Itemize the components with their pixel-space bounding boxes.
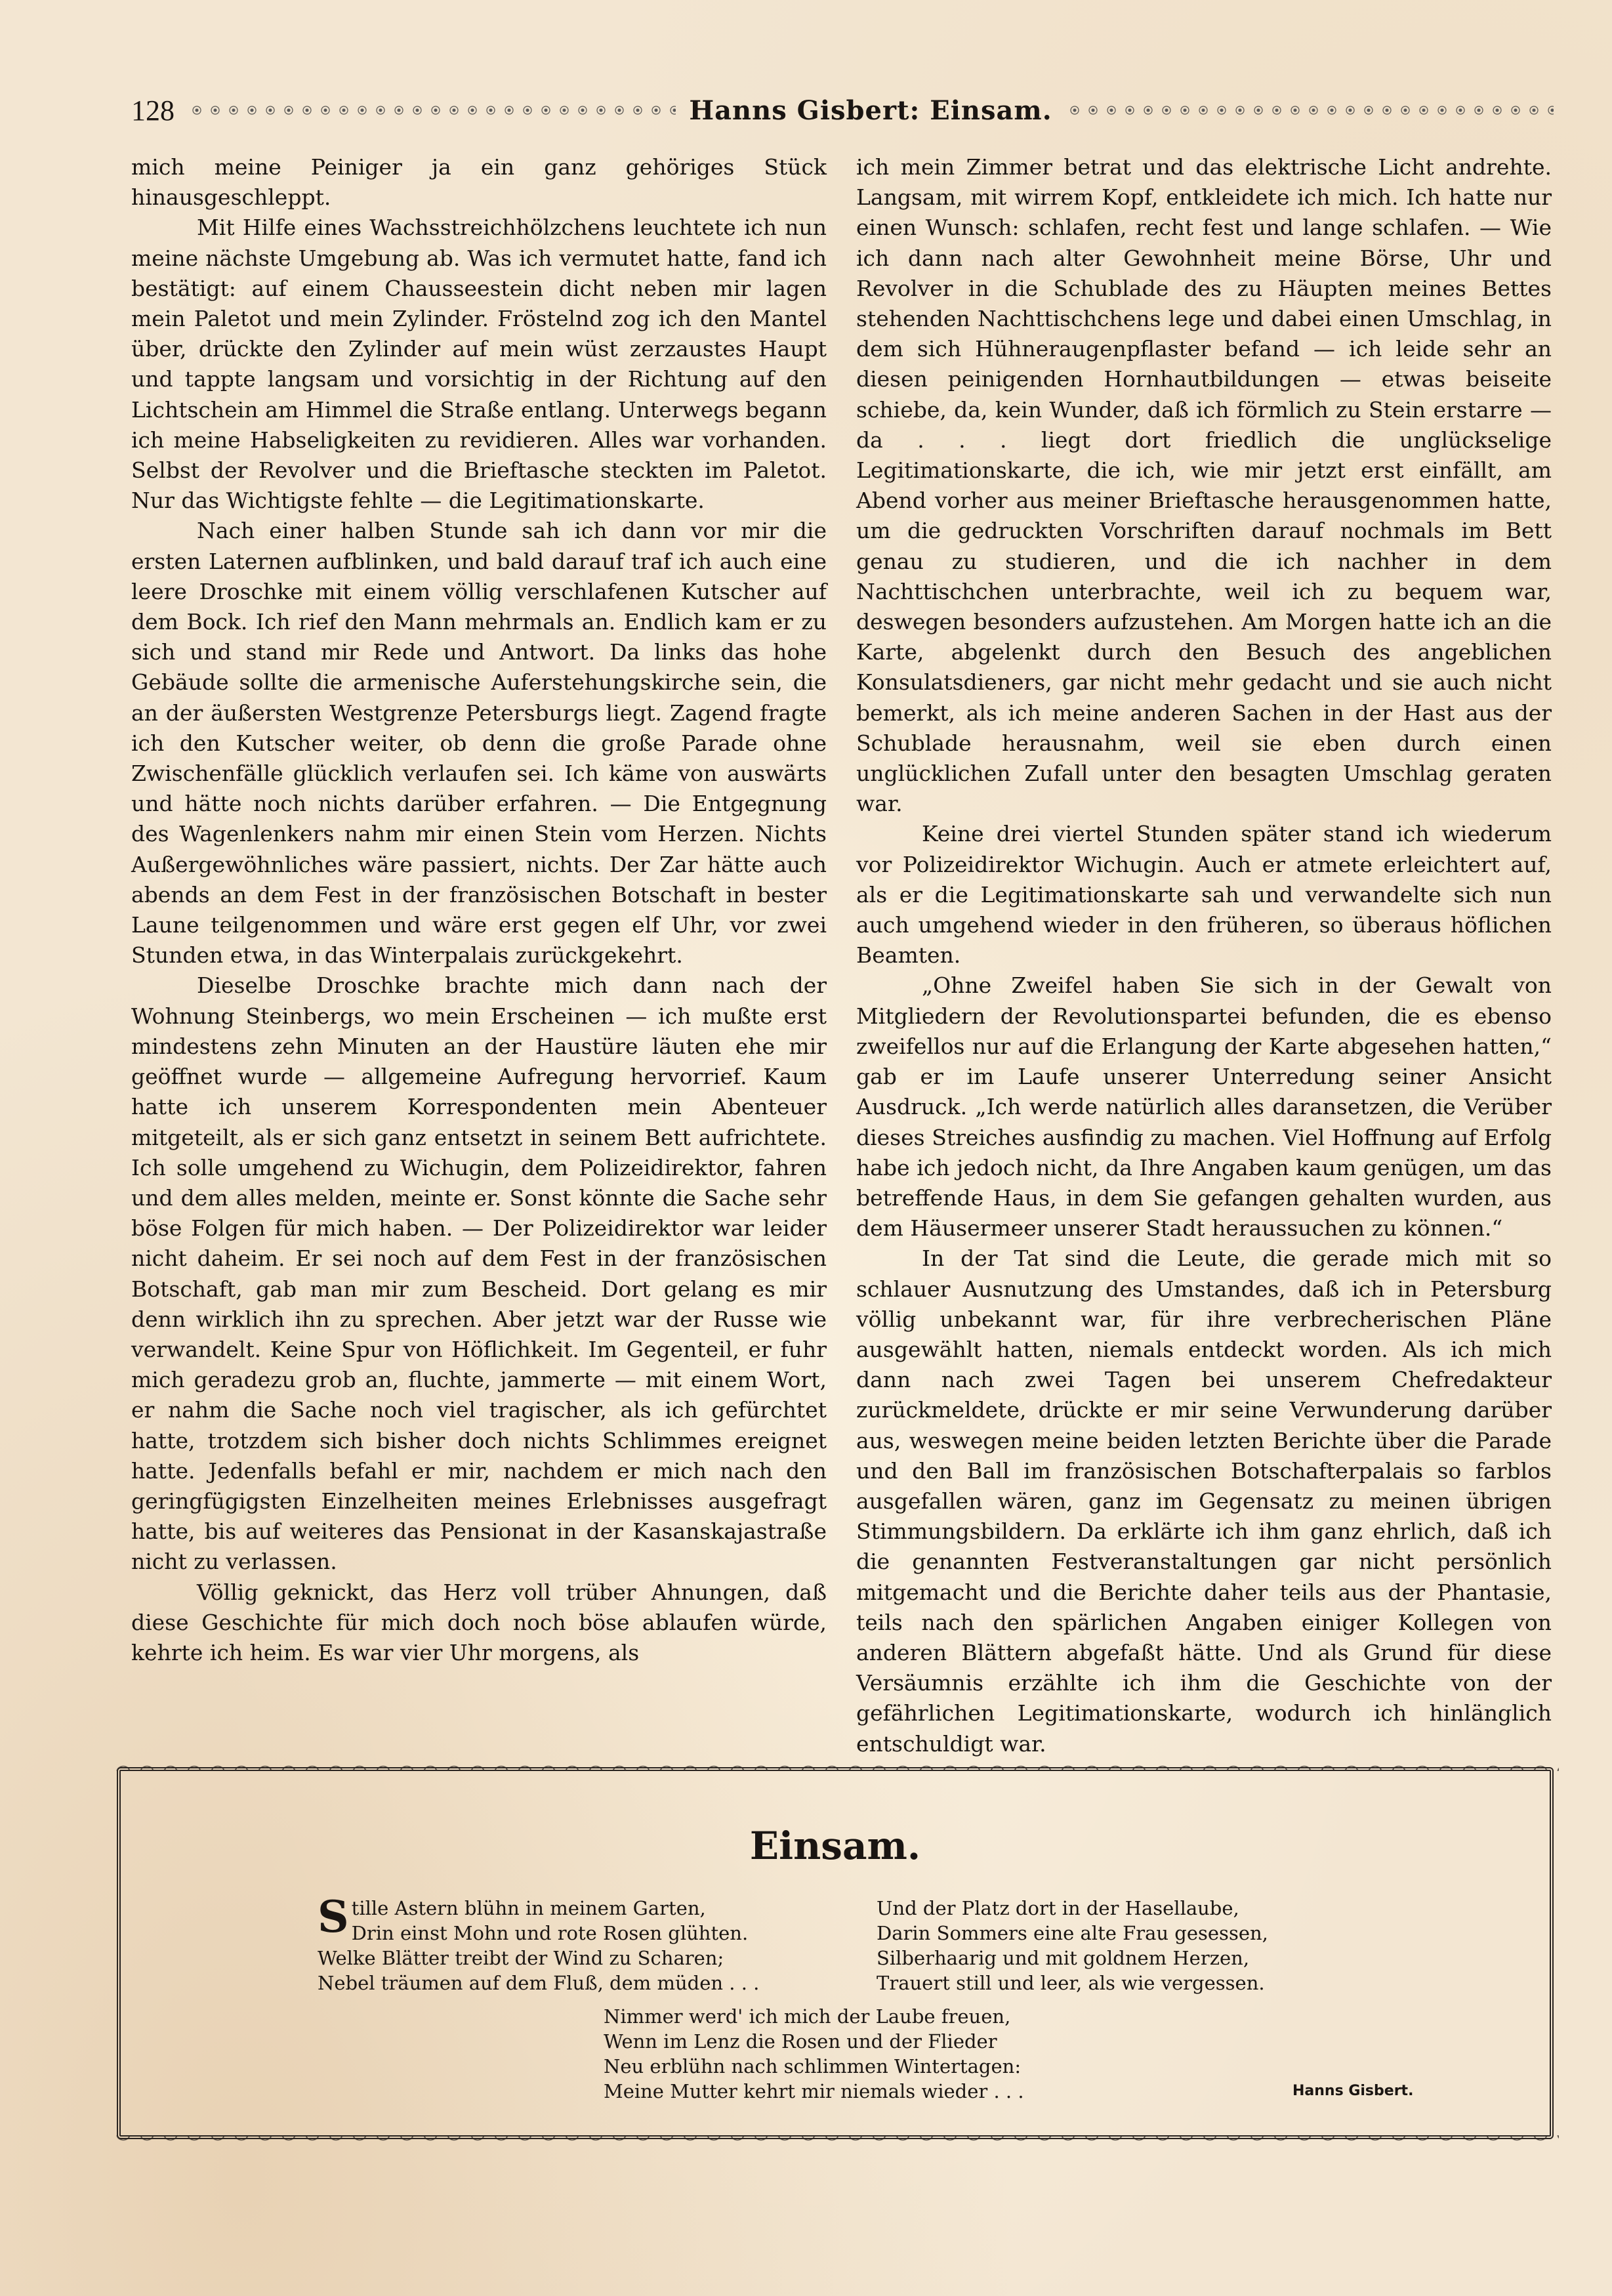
poem-line: Und der Platz dort in der Hasellaube, (877, 1896, 1268, 1921)
dropcap: S (318, 1897, 349, 1936)
poem-line: Darin Sommers eine alte Frau gesessen, (877, 1921, 1268, 1946)
poem-signature: Hanns Gisbert. (1292, 2083, 1413, 2099)
poem-line: Nimmer werd' ich mich der Laube freuen, (604, 2004, 1024, 2029)
poem-stanza-1: S tille Astern blühn in meinem Garten, D… (318, 1896, 759, 1995)
paragraph: Völlig geknickt, das Herz voll trüber Ah… (131, 1577, 827, 1669)
poem-line: Wenn im Lenz die Rosen und der Flieder (604, 2029, 1024, 2054)
poem-line: Drin einst Mohn und rote Rosen glühten. (318, 1921, 759, 1946)
paragraph: „Ohne Zweifel haben Sie sich in der Gewa… (856, 971, 1552, 1243)
paragraph: ich mein Zimmer betrat und das elektrisc… (856, 152, 1552, 819)
ornament-rule-right (1065, 102, 1554, 119)
poem-title: Einsam. (121, 1824, 1550, 1868)
poem-line: Silberhaarig und mit goldnem Herzen, (877, 1946, 1268, 1971)
poem-line: Meine Mutter kehrt mir niemals wieder . … (604, 2079, 1024, 2104)
poem-box: Einsam. S tille Astern blühn in meinem G… (117, 1767, 1554, 2139)
poem-line: Welke Blätter treibt der Wind zu Scharen… (318, 1946, 759, 1971)
running-title: Hanns Gisbert: Einsam. (689, 95, 1052, 126)
poem-line: Nebel träumen auf dem Fluß, dem müden . … (318, 1971, 759, 1995)
left-column: mich meine Peiniger ja ein ganz gehörige… (131, 152, 827, 1668)
paragraph: mich meine Peiniger ja ein ganz gehörige… (131, 152, 827, 213)
poem-line: Neu erblühn nach schlimmen Wintertagen: (604, 2054, 1024, 2079)
paragraph: Keine drei viertel Stunden später stand … (856, 819, 1552, 971)
right-column: ich mein Zimmer betrat und das elektrisc… (856, 152, 1552, 1759)
poem-stanza-3: Nimmer werd' ich mich der Laube freuen, … (604, 2004, 1024, 2104)
poem-line: tille Astern blühn in meinem Garten, (318, 1896, 759, 1921)
paragraph: Nach einer halben Stunde sah ich dann vo… (131, 516, 827, 971)
poem-line: Trauert still und leer, als wie vergesse… (877, 1971, 1268, 1995)
page-number: 128 (131, 94, 175, 127)
ornament-rule-left (188, 102, 676, 119)
running-header: 128 Hanns Gisbert: Einsam. (131, 91, 1554, 130)
paragraph: Mit Hilfe eines Wachsstreichhölzchens le… (131, 213, 827, 516)
paragraph: In der Tat sind die Leute, die gerade mi… (856, 1243, 1552, 1759)
paragraph: Dieselbe Droschke brachte mich dann nach… (131, 971, 827, 1577)
poem-stanza-2: Und der Platz dort in der Hasellaube, Da… (877, 1896, 1268, 1995)
